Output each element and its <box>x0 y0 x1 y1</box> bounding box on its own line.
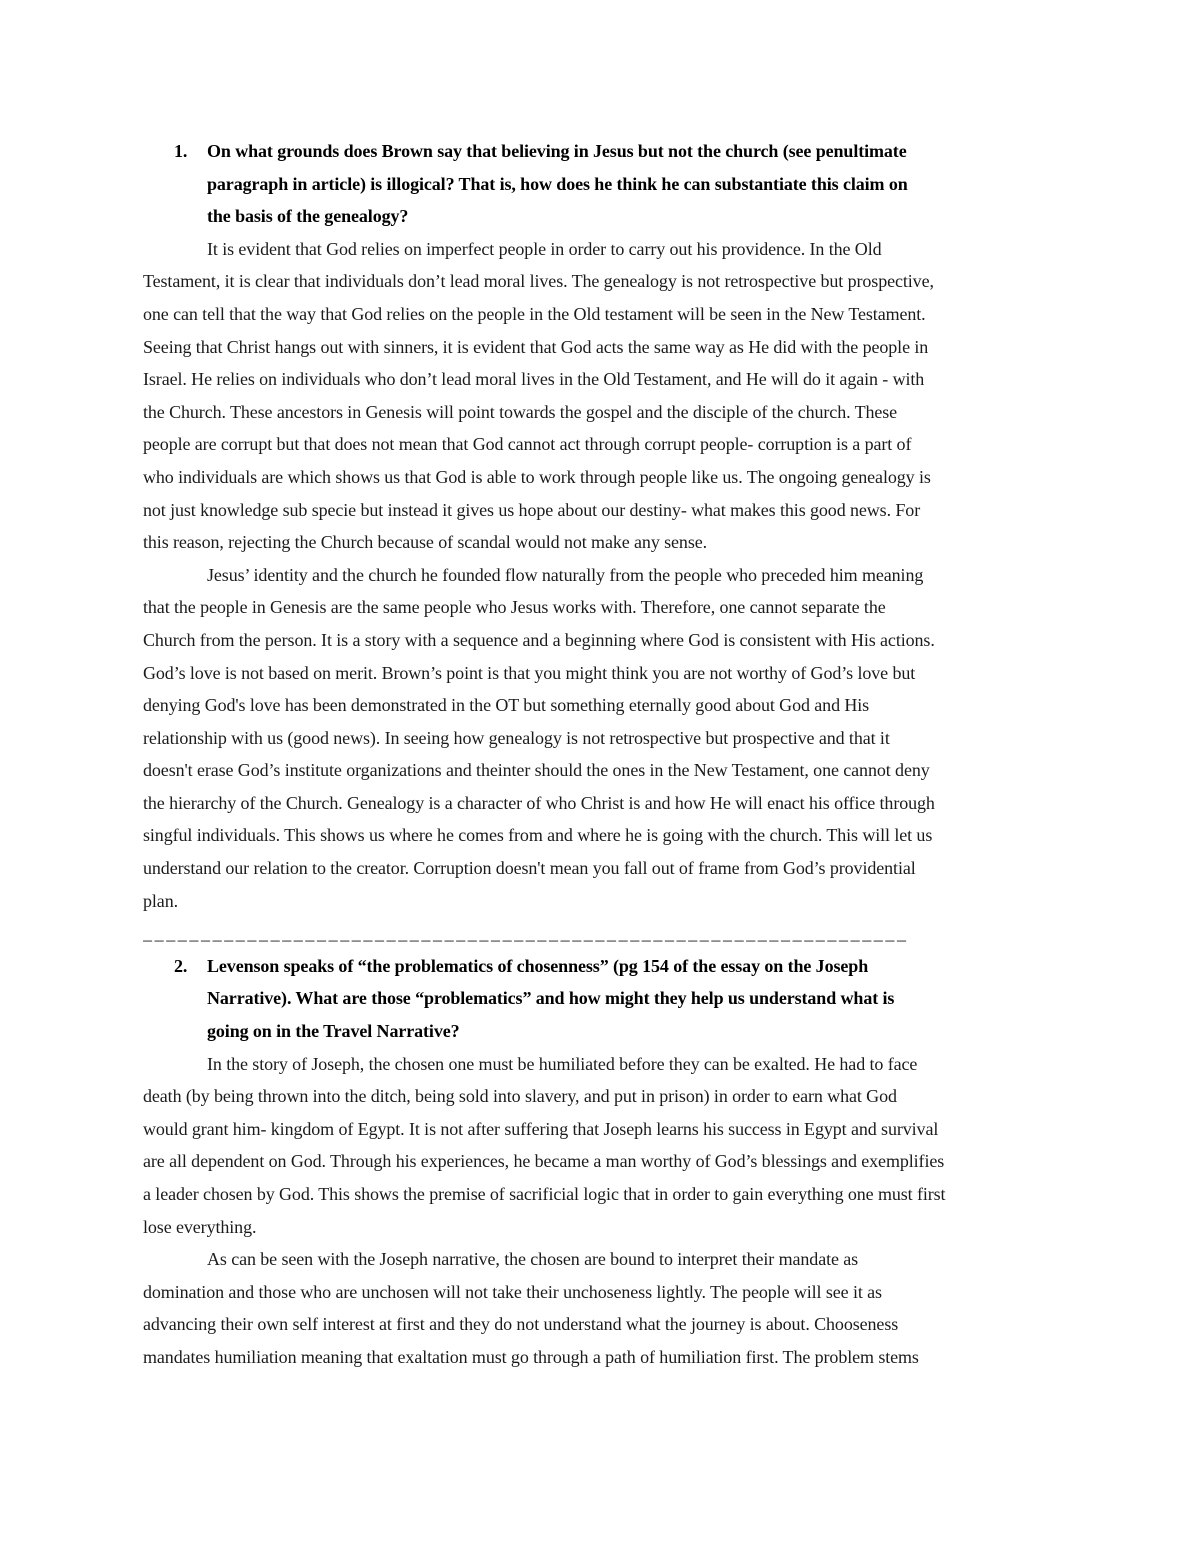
document-page: 1. On what grounds does Brown say that b… <box>0 0 1200 1553</box>
question-2-answer-paragraph-2: As can be seen with the Joseph narrative… <box>143 1243 1100 1373</box>
question-2-answer-paragraph-1: In the story of Joseph, the chosen one m… <box>143 1048 1100 1244</box>
question-2-number: 2. <box>143 950 207 1048</box>
section-divider: ________________________________________… <box>143 917 1100 950</box>
question-1-number: 1. <box>143 135 207 233</box>
question-2: 2. Levenson speaks of “the problematics … <box>143 950 1100 1048</box>
question-1: 1. On what grounds does Brown say that b… <box>143 135 1100 233</box>
question-1-answer-paragraph-1: It is evident that God relies on imperfe… <box>143 233 1100 559</box>
question-1-answer-paragraph-2: Jesus’ identity and the church he founde… <box>143 559 1100 918</box>
question-1-prompt: On what grounds does Brown say that beli… <box>207 135 908 233</box>
question-2-prompt: Levenson speaks of “the problematics of … <box>207 950 894 1048</box>
